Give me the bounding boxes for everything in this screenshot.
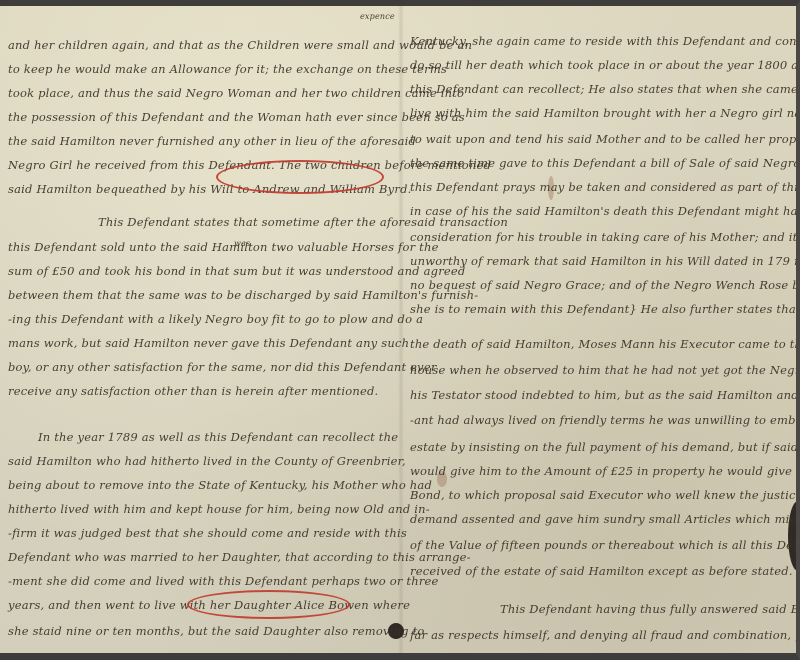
- interlinear-note: expence: [360, 12, 395, 21]
- manuscript-line: far as respects himself, and denying all…: [410, 618, 800, 652]
- annotation-ellipse-bowen: [187, 590, 350, 619]
- manuscript-line: receive any satisfaction other than is h…: [8, 374, 378, 408]
- interlinear-note: was: [234, 239, 250, 248]
- manuscript-line: received of the estate of said Hamilton …: [410, 554, 793, 588]
- manuscript-line: she staid nine or ten months, but the sa…: [8, 614, 425, 648]
- manuscript-scan: expence and her children again, and that…: [0, 0, 800, 660]
- annotation-ellipse-byrd: [216, 160, 384, 194]
- manuscript-line: she is to remain with this Defendant} He…: [410, 292, 800, 326]
